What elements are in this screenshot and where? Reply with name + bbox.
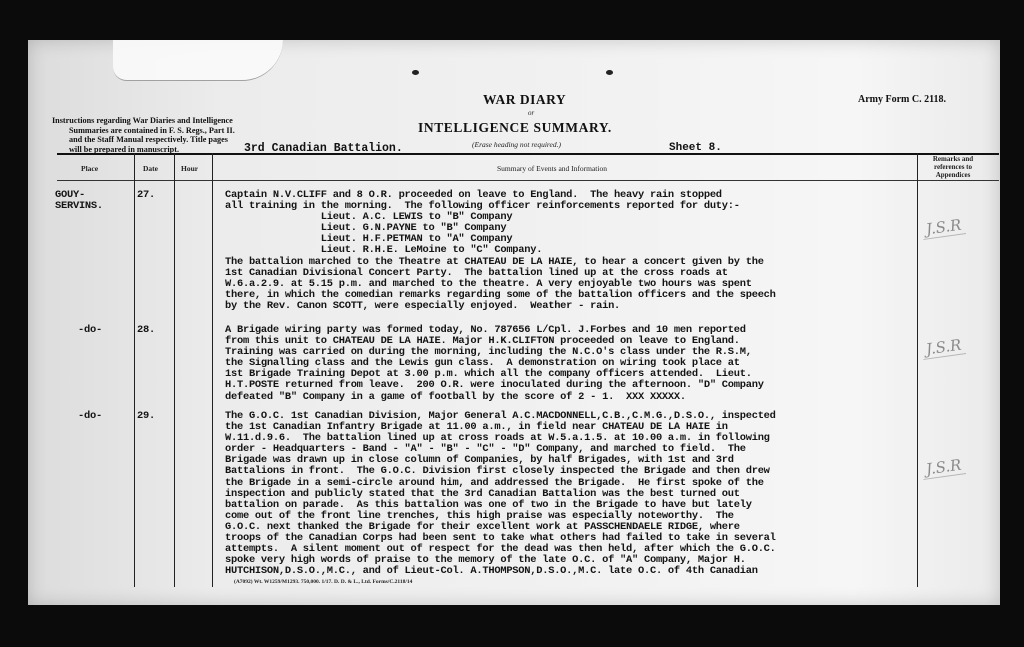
entry-place: -do-	[78, 325, 102, 336]
punch-hole-mark	[606, 70, 613, 75]
erase-heading-note: (Erase heading not required.)	[472, 140, 561, 149]
column-header-place: Place	[81, 164, 98, 173]
column-divider	[134, 153, 135, 587]
entry-date: 29.	[137, 411, 155, 422]
entry-text: The G.O.C. 1st Canadian Division, Major …	[225, 411, 776, 577]
entry-place: GOUY- SERVINS.	[55, 190, 103, 212]
column-header-date: Date	[143, 164, 158, 173]
column-header-hour: Hour	[181, 164, 198, 173]
header-rule	[57, 180, 999, 181]
entry-text: A Brigade wiring party was formed today,…	[225, 325, 764, 403]
entry-place: -do-	[78, 411, 102, 422]
instruction-line: Summaries are contained in F. S. Regs., …	[52, 126, 282, 136]
entry-date: 28.	[137, 325, 155, 336]
entry-text: Captain N.V.CLIFF and 8 O.R. proceeded o…	[225, 190, 776, 312]
title-or: or	[528, 109, 534, 117]
document-subtitle: INTELLIGENCE SUMMARY.	[418, 120, 612, 136]
column-header-remarks: Remarks and references to Appendices	[923, 155, 983, 179]
instruction-line: Instructions regarding War Diaries and I…	[52, 116, 282, 126]
table-top-rule	[57, 153, 999, 155]
printer-imprint: (A7092) Wt. W1259/M1293. 750,000. 1/17. …	[234, 579, 412, 585]
column-divider	[917, 153, 918, 587]
torn-paper-edge	[113, 40, 283, 81]
punch-hole-mark	[412, 70, 419, 75]
army-form-number: Army Form C. 2118.	[858, 94, 946, 105]
column-divider	[174, 153, 175, 587]
column-divider	[212, 153, 213, 587]
column-header-summary: Summary of Events and Information	[497, 164, 607, 173]
document-title: WAR DIARY	[483, 92, 566, 108]
entry-date: 27.	[137, 190, 155, 201]
